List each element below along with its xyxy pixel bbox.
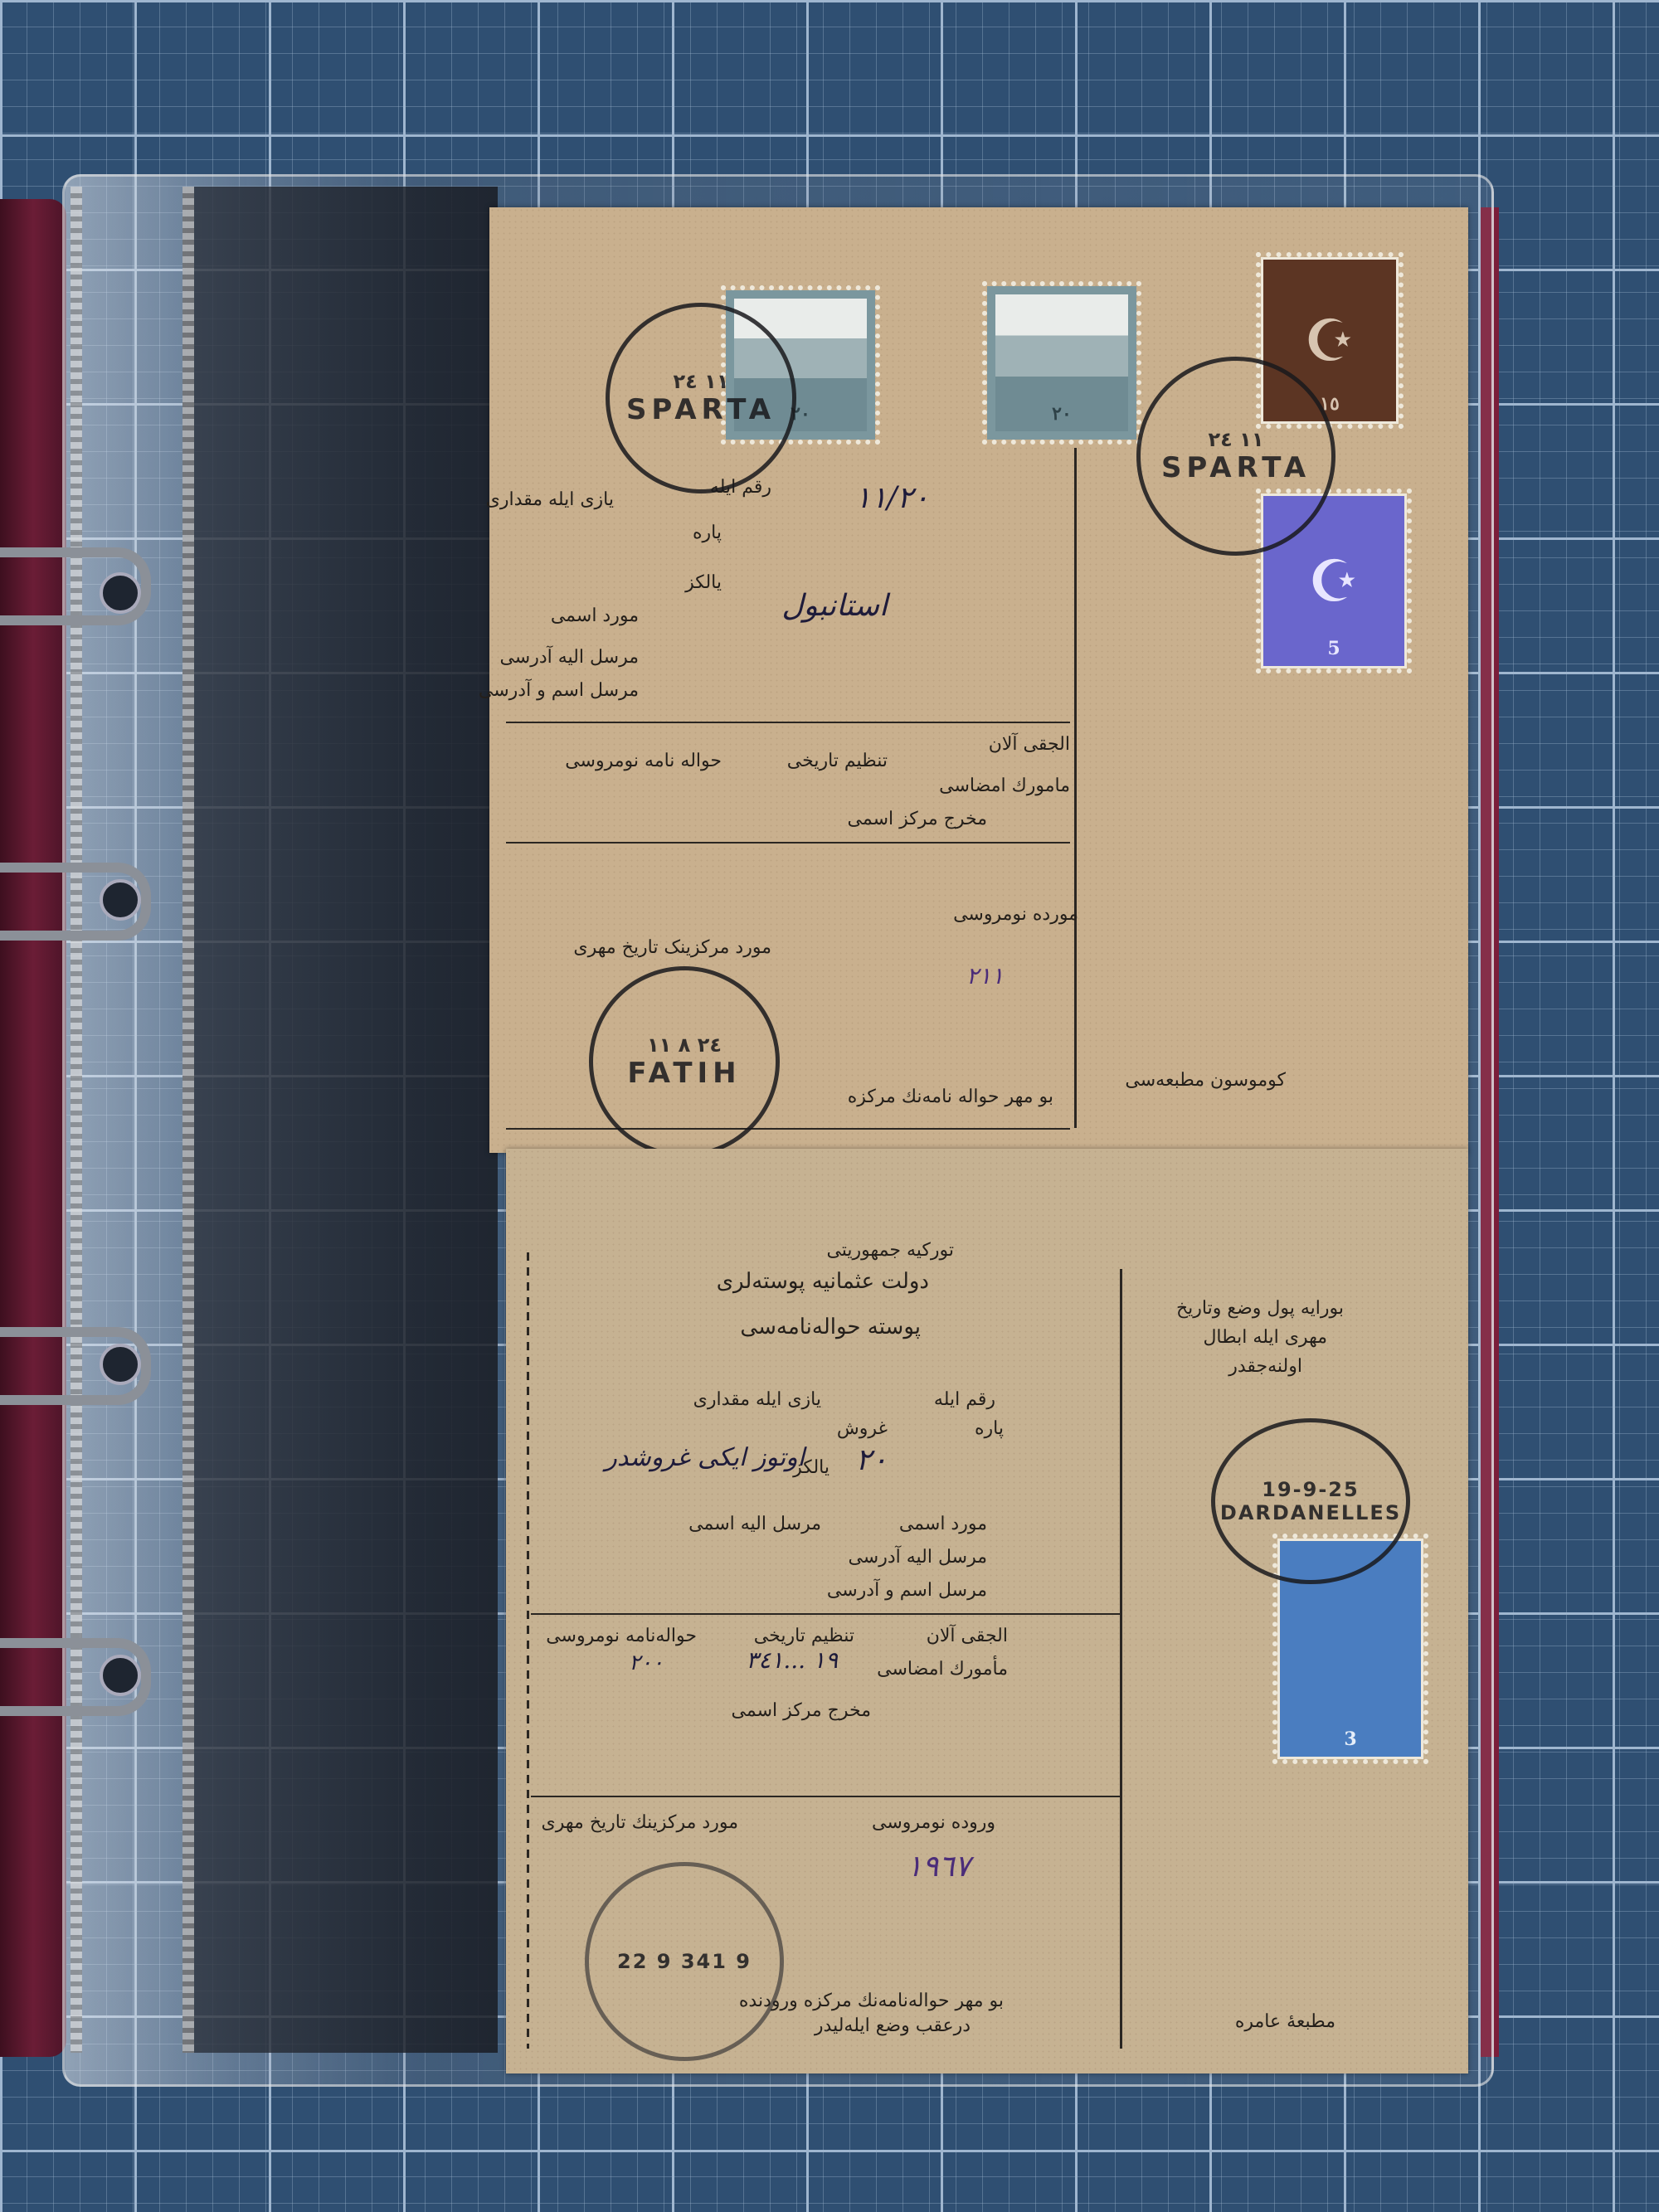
label-para: پاره bbox=[975, 1418, 1004, 1439]
sleeve-stitching bbox=[71, 187, 82, 2053]
label-recipient-address: مرسل الیه آدرسی bbox=[848, 1547, 987, 1568]
stamp-harbour-20-para: ٢٠ bbox=[987, 286, 1136, 440]
label-payee: مورد اسمی bbox=[551, 605, 639, 626]
label-recipient-address: مرسل الیه آدرسی bbox=[499, 647, 639, 668]
label-printer: کوموسون مطبعه‌سی bbox=[1125, 1070, 1286, 1091]
label-amount-written: یازی ایله مقداری bbox=[693, 1389, 821, 1410]
money-order-top: رقم ایله یازی ایله مقداری پاره یالکز مور… bbox=[489, 207, 1468, 1153]
binder-ring bbox=[0, 547, 151, 625]
label-incoming-number: وروده نومروسی bbox=[872, 1812, 995, 1833]
label-sender: مرسل اسم و آدرسی bbox=[827, 1580, 987, 1601]
crescent-star-icon: ☪ bbox=[1308, 547, 1360, 615]
label-seal-note: بو مهر حواله نامه‌نك مرکزه bbox=[848, 1087, 1053, 1107]
postmark-sparta: ١١ ٢٤ SPARTA bbox=[1136, 357, 1335, 556]
crescent-star-icon: ☪ bbox=[1304, 307, 1356, 375]
label-order-number: حواله‌نامه نومروسی bbox=[546, 1626, 697, 1646]
label-date: تنظیم تاریخی bbox=[787, 751, 888, 771]
binder-ring bbox=[0, 1327, 151, 1405]
postmark-fatih: ٢٤ ٨ ١١ FATIH bbox=[589, 966, 780, 1157]
label-received: الجقی آلان bbox=[989, 734, 1070, 755]
label-order-number: حواله نامه نومروسی bbox=[565, 751, 722, 771]
label-officer: مأمورك امضاسی bbox=[877, 1659, 1008, 1680]
label-officer: مامورك امضاسی bbox=[939, 775, 1070, 796]
sleeve-stitching bbox=[182, 187, 194, 2053]
postmark-arrival: 22 9 341 9 bbox=[585, 1862, 784, 2061]
label-incoming-number: مورده نومروسی bbox=[953, 904, 1078, 925]
label-stamp-note-2: مهری ایله ابطال bbox=[1203, 1327, 1327, 1348]
label-only: یالکز bbox=[685, 572, 722, 593]
label-payee: مورد اسمی bbox=[899, 1514, 987, 1534]
label-office-seal: مورد مرکزینك تاریخ مهری bbox=[542, 1812, 738, 1833]
header-republic: تورکیه جمهوریتی bbox=[826, 1240, 954, 1261]
postmark-dardanelles: 19-9-25 DARDANELLES bbox=[1211, 1418, 1410, 1584]
handwritten-amount-words: اوتوز ایکی غروشدر bbox=[605, 1443, 805, 1472]
label-seal-note-1: بو مهر حواله‌نامه‌نك مرکزه ورودنده bbox=[739, 1991, 1004, 2011]
header-posts: دولت عثمانیه پوسته‌لری bbox=[717, 1269, 929, 1294]
handwritten-amount: ٢٠ bbox=[855, 1443, 888, 1477]
label-sender: مرسل اسم و آدرسی bbox=[479, 680, 639, 701]
binder-ring bbox=[0, 863, 151, 941]
handwritten-payee: استانبول bbox=[781, 589, 888, 623]
label-stamp-note-3: اولنه‌جقدر bbox=[1228, 1356, 1302, 1377]
label-amount-written: یازی ایله مقداری bbox=[486, 489, 614, 510]
label-amount-numeric: رقم ایله bbox=[934, 1389, 995, 1410]
label-seal-note-2: درعقب وضع ایله‌لیدر bbox=[815, 2015, 971, 2036]
sleeve-pocket bbox=[182, 187, 498, 2053]
label-issuing-office: مخرج مرکز اسمی bbox=[848, 809, 987, 829]
label-office-seal: مورد مرکزینک تاریخ مهری bbox=[573, 937, 771, 958]
label-date: تنظیم تاریخی bbox=[754, 1626, 854, 1646]
binder-spine bbox=[0, 199, 66, 2057]
handwritten-date: ١٩ ...٣٤١ bbox=[746, 1646, 838, 1674]
label-received: الجقی آلان bbox=[927, 1626, 1008, 1646]
handwritten-order-no: ٢٠٠ bbox=[629, 1650, 664, 1675]
binder-ring bbox=[0, 1638, 151, 1716]
handwritten-number: ٢١١ bbox=[966, 962, 1004, 989]
header-money-order: پوسته حواله‌نامه‌سی bbox=[740, 1315, 921, 1339]
label-printer: مطبعهٔ عامره bbox=[1235, 2011, 1335, 2032]
label-stamp-note-1: بورایه پول وضع وتاریخ bbox=[1176, 1298, 1344, 1319]
money-order-bottom: تورکیه جمهوریتی دولت عثمانیه پوسته‌لری پ… bbox=[506, 1149, 1468, 2073]
label-issuing-office: مخرج مرکز اسمی bbox=[732, 1700, 871, 1721]
label-kurus: غروش bbox=[837, 1418, 888, 1439]
handwritten-incoming-no: ١٩٦٧ bbox=[907, 1850, 971, 1884]
label-para: پاره bbox=[693, 523, 722, 543]
handwritten-amount: ١١/٢٠ bbox=[855, 481, 929, 515]
label-recipient-name: مرسل الیه اسمی bbox=[688, 1514, 821, 1534]
postmark-sparta: ١١ ٢٤ SPARTA bbox=[606, 303, 796, 493]
